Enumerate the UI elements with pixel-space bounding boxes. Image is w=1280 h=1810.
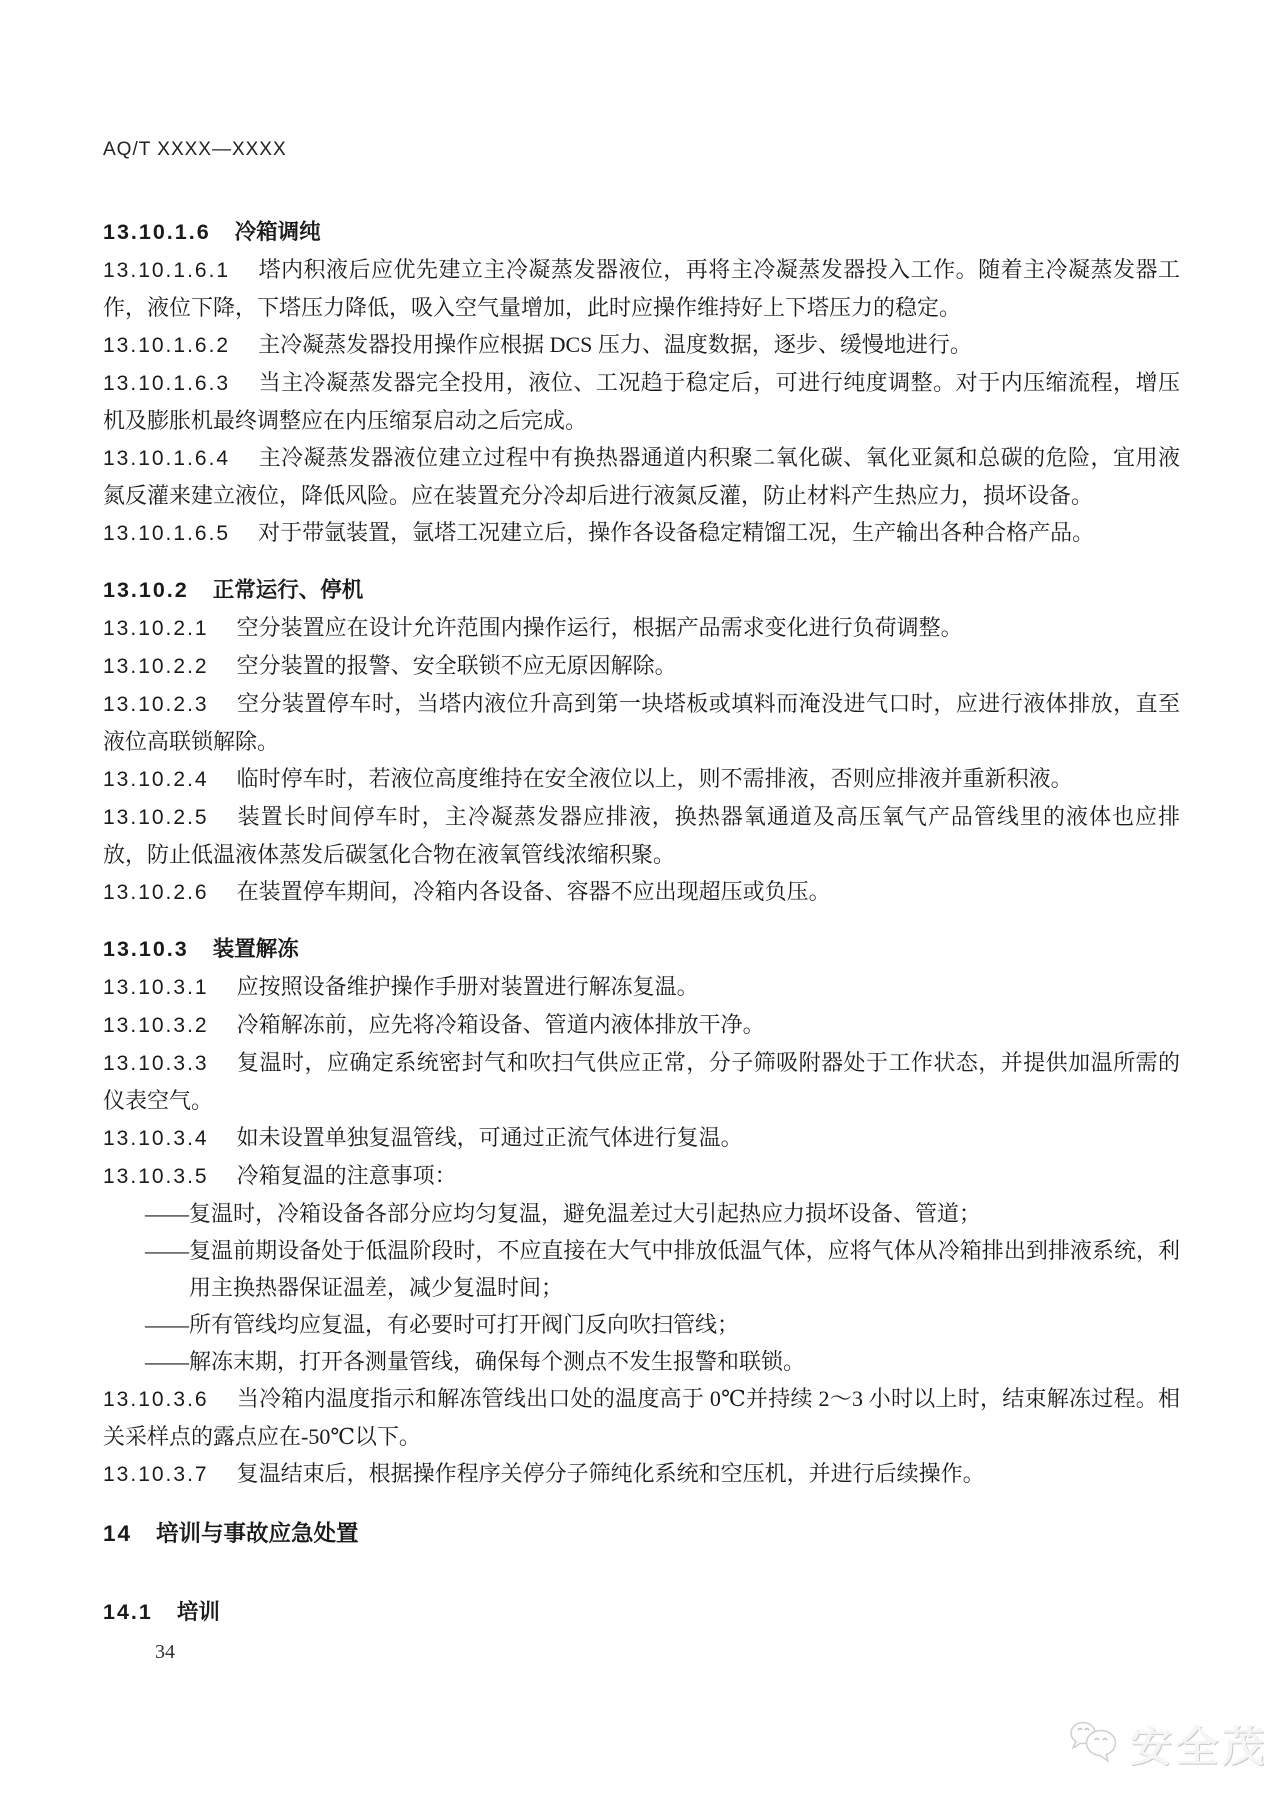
clause-13-10-2-4: 13.10.2.4临时停车时，若液位高度维持在安全液位以上，则不需排液，否则应排… xyxy=(103,760,1180,798)
section-number: 14.1 xyxy=(103,1600,153,1624)
clause-13-10-2-6: 13.10.2.6在装置停车期间，冷箱内各设备、容器不应出现超压或负压。 xyxy=(103,873,1180,911)
clause-text: 临时停车时，若液位高度维持在安全液位以上，则不需排液，否则应排液并重新积液。 xyxy=(237,766,1073,791)
clause-number: 13.10.3.7 xyxy=(103,1463,209,1486)
clause-heading-number: 13.10.2 xyxy=(103,578,189,602)
dash-list-item-3: ——所有管线均应复温，有必要时可打开阀门反向吹扫管线； xyxy=(103,1306,1180,1343)
clause-number: 13.10.3.2 xyxy=(103,1014,209,1037)
clause-13-10-1-6-4: 13.10.1.6.4主冷凝蒸发器液位建立过程中有换热器通道内积聚二氧化碳、氧化… xyxy=(103,439,1180,514)
clause-13-10-3-3: 13.10.3.3复温时，应确定系统密封气和吹扫气供应正常，分子筛吸附器处于工作… xyxy=(103,1044,1180,1119)
chapter-heading-14: 14培训与事故应急处置 xyxy=(103,1515,1180,1552)
clause-13-10-1-6-5: 13.10.1.6.5对于带氩装置，氩塔工况建立后，操作各设备稳定精馏工况，生产… xyxy=(103,514,1180,552)
clause-number: 13.10.3.3 xyxy=(103,1052,209,1075)
clause-number: 13.10.2.3 xyxy=(103,693,209,716)
clause-number: 13.10.2.4 xyxy=(103,768,209,791)
clause-text: 冷箱复温的注意事项： xyxy=(237,1163,457,1188)
clause-number: 13.10.2.5 xyxy=(103,806,209,829)
clause-number: 13.10.3.6 xyxy=(103,1388,209,1411)
dash-list-item-4: ——解冻末期，打开各测量管线，确保每个测点不发生报警和联锁。 xyxy=(103,1343,1180,1380)
dash-list-item-2: ——复温前期设备处于低温阶段时，不应直接在大气中排放低温气体，应将气体从冷箱排出… xyxy=(103,1232,1180,1306)
clause-text: 应按照设备维护操作手册对装置进行解冻复温。 xyxy=(237,974,699,999)
clause-text: 当冷箱内温度指示和解冻管线出口处的温度高于 0℃并持续 2～3 小时以上时，结束… xyxy=(103,1386,1180,1449)
clause-13-10-2-3: 13.10.2.3空分装置停车时，当塔内液位升高到第一块塔板或填料而淹没进气口时… xyxy=(103,685,1180,760)
clause-text: 复温结束后，根据操作程序关停分子筛纯化系统和空压机，并进行后续操作。 xyxy=(237,1461,985,1486)
dash-list-item-1: ——复温时，冷箱设备各部分应均匀复温，避免温差过大引起热应力损坏设备、管道； xyxy=(103,1195,1180,1232)
clause-number: 13.10.2.2 xyxy=(103,655,209,678)
clause-text: 复温时，应确定系统密封气和吹扫气供应正常，分子筛吸附器处于工作状态，并提供加温所… xyxy=(103,1050,1180,1113)
clause-13-10-3-7: 13.10.3.7复温结束后，根据操作程序关停分子筛纯化系统和空压机，并进行后续… xyxy=(103,1455,1180,1493)
clause-text: 对于带氩装置，氩塔工况建立后，操作各设备稳定精馏工况，生产输出各种合格产品。 xyxy=(258,520,1094,545)
clause-text: 在装置停车期间，冷箱内各设备、容器不应出现超压或负压。 xyxy=(237,879,831,904)
chapter-number: 14 xyxy=(103,1521,132,1546)
clause-number: 13.10.2.6 xyxy=(103,881,209,904)
clause-heading-13-10-2: 13.10.2正常运行、停机 xyxy=(103,572,1180,609)
clause-13-10-1-6-3: 13.10.1.6.3当主冷凝蒸发器完全投用，液位、工况趋于稳定后，可进行纯度调… xyxy=(103,364,1180,439)
clause-number: 13.10.3.4 xyxy=(103,1127,209,1150)
clause-text: 当主冷凝蒸发器完全投用，液位、工况趋于稳定后，可进行纯度调整。对于内压缩流程，增… xyxy=(103,370,1180,433)
clause-text: 如未设置单独复温管线，可通过正流气体进行复温。 xyxy=(237,1125,743,1150)
clause-text: 空分装置应在设计允许范围内操作运行，根据产品需求变化进行负荷调整。 xyxy=(237,615,963,640)
clause-13-10-3-1: 13.10.3.1应按照设备维护操作手册对装置进行解冻复温。 xyxy=(103,968,1180,1006)
document-code-header: AQ/T XXXX—XXXX xyxy=(103,138,1180,162)
clause-text: 空分装置的报警、安全联锁不应无原因解除。 xyxy=(237,653,677,678)
clause-heading-number: 13.10.3 xyxy=(103,937,189,961)
clause-number: 13.10.3.5 xyxy=(103,1165,209,1188)
clause-13-10-2-1: 13.10.2.1空分装置应在设计允许范围内操作运行，根据产品需求变化进行负荷调… xyxy=(103,609,1180,647)
document-page: AQ/T XXXX—XXXX 13.10.1.6冷箱调纯 13.10.1.6.1… xyxy=(0,0,1280,1665)
section-title: 培训 xyxy=(177,1600,220,1624)
clause-13-10-3-2: 13.10.3.2冷箱解冻前，应先将冷箱设备、管道内液体排放干净。 xyxy=(103,1006,1180,1044)
clause-number: 13.10.1.6.3 xyxy=(103,372,230,395)
clause-heading-number: 13.10.1.6 xyxy=(103,220,211,244)
clause-heading-13-10-3: 13.10.3装置解冻 xyxy=(103,931,1180,968)
clause-text: 装置长时间停车时，主冷凝蒸发器应排液，换热器氧通道及高压氧气产品管线里的液体也应… xyxy=(103,804,1180,867)
clause-number: 13.10.1.6.1 xyxy=(103,259,230,282)
clause-text: 主冷凝蒸发器投用操作应根据 DCS 压力、温度数据，逐步、缓慢地进行。 xyxy=(258,332,972,357)
clause-13-10-3-5: 13.10.3.5冷箱复温的注意事项： xyxy=(103,1157,1180,1195)
clause-13-10-1-6-2: 13.10.1.6.2主冷凝蒸发器投用操作应根据 DCS 压力、温度数据，逐步、… xyxy=(103,326,1180,364)
page-number: 34 xyxy=(103,1639,1180,1665)
section-heading-14-1: 14.1培训 xyxy=(103,1594,1180,1631)
watermark-text: 安全茂 xyxy=(1130,1714,1268,1774)
clause-number: 13.10.1.6.2 xyxy=(103,334,230,357)
clause-text: 塔内积液后应优先建立主冷凝蒸发器液位，再将主冷凝蒸发器投入工作。随着主冷凝蒸发器… xyxy=(103,257,1180,320)
clause-heading-title: 正常运行、停机 xyxy=(213,578,364,602)
wechat-bubbles-icon xyxy=(1068,1719,1122,1770)
clause-text: 空分装置停车时，当塔内液位升高到第一块塔板或填料而淹没进气口时，应进行液体排放，… xyxy=(103,691,1180,754)
clause-number: 13.10.3.1 xyxy=(103,976,209,999)
clause-heading-title: 冷箱调纯 xyxy=(235,220,321,244)
watermark-logo: 安全茂 xyxy=(1068,1714,1268,1774)
clause-text: 主冷凝蒸发器液位建立过程中有换热器通道内积聚二氧化碳、氧化亚氮和总碳的危险，宜用… xyxy=(103,445,1180,508)
clause-heading-title: 装置解冻 xyxy=(213,937,299,961)
clause-number: 13.10.2.1 xyxy=(103,617,209,640)
clause-text: 冷箱解冻前，应先将冷箱设备、管道内液体排放干净。 xyxy=(237,1012,765,1037)
chapter-title: 培训与事故应急处置 xyxy=(156,1521,359,1546)
clause-13-10-1-6-1: 13.10.1.6.1塔内积液后应优先建立主冷凝蒸发器液位，再将主冷凝蒸发器投入… xyxy=(103,251,1180,326)
clause-13-10-3-4: 13.10.3.4如未设置单独复温管线，可通过正流气体进行复温。 xyxy=(103,1119,1180,1157)
clause-13-10-2-2: 13.10.2.2空分装置的报警、安全联锁不应无原因解除。 xyxy=(103,647,1180,685)
clause-13-10-3-6: 13.10.3.6当冷箱内温度指示和解冻管线出口处的温度高于 0℃并持续 2～3… xyxy=(103,1380,1180,1455)
clause-heading-13-10-1-6: 13.10.1.6冷箱调纯 xyxy=(103,214,1180,251)
clause-number: 13.10.1.6.5 xyxy=(103,522,230,545)
clause-13-10-2-5: 13.10.2.5装置长时间停车时，主冷凝蒸发器应排液，换热器氧通道及高压氧气产… xyxy=(103,798,1180,873)
clause-number: 13.10.1.6.4 xyxy=(103,447,230,470)
